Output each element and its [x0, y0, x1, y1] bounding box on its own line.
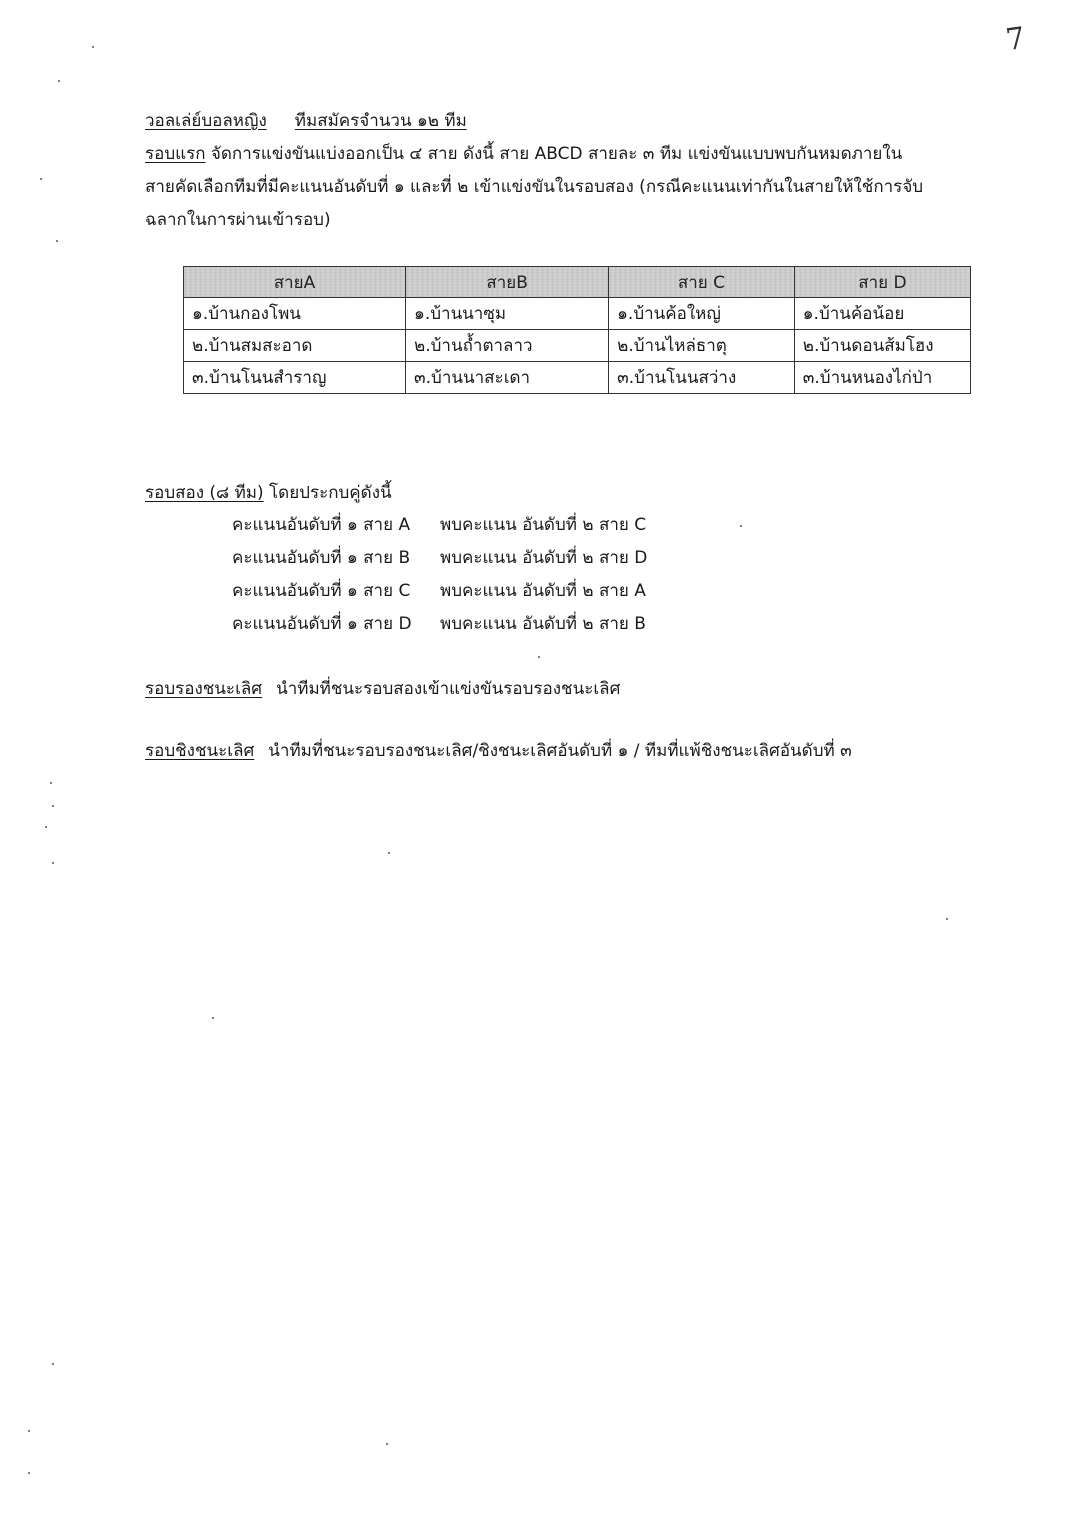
scan-speck: [740, 525, 742, 527]
table-header-row: สายA สายB สาย C สาย D: [184, 267, 971, 298]
table-cell: ๑.บ้านค้อน้อย: [794, 298, 970, 330]
pairing-second: พบคะแนน อันดับที่ ๒ สาย C: [440, 515, 646, 535]
scan-speck: [50, 782, 52, 784]
final-label: รอบชิงชนะเลิศ: [145, 741, 254, 761]
final-description: นำทีมที่ชนะรอบรองชนะเลิศ/ชิงชนะเลิศอันดั…: [268, 741, 851, 761]
handwritten-page-number: 7: [1004, 21, 1028, 58]
semifinal-line: รอบรองชนะเลิศนำทีมที่ชนะรอบสองเข้าแข่งขั…: [145, 678, 620, 700]
table-row: ๒.บ้านสมสะอาด ๒.บ้านถ้ำตาลาว ๒.บ้านไหล่ธ…: [184, 330, 971, 362]
table-cell: ๒.บ้านสมสะอาด: [184, 330, 406, 362]
table-cell: ๓.บ้านนาสะเดา: [406, 362, 609, 394]
table-cell: ๑.บ้านค้อใหญ่: [609, 298, 795, 330]
pairing-first: คะแนนอันดับที่ ๑ สาย B: [232, 547, 440, 569]
pairing-first: คะแนนอันดับที่ ๑ สาย C: [232, 580, 440, 602]
semifinal-description: นำทีมที่ชนะรอบสองเข้าแข่งขันรอบรองชนะเลิ…: [276, 679, 620, 699]
round1-line3: ฉลากในการผ่านเข้ารอบ): [145, 209, 331, 231]
pairing-1: คะแนนอันดับที่ ๑ สาย Aพบคะแนน อันดับที่ …: [232, 514, 646, 536]
scan-speck: [92, 46, 94, 48]
pairing-second: พบคะแนน อันดับที่ ๒ สาย B: [440, 614, 646, 634]
pairing-first: คะแนนอันดับที่ ๑ สาย D: [232, 613, 440, 635]
round2-description: โดยประกบคู่ดังนี้: [269, 483, 392, 503]
header-group-b: สายB: [406, 267, 609, 298]
teams-count: ทีมสมัครจำนวน ๑๒ ทีม: [295, 111, 467, 131]
groups-table: สายA สายB สาย C สาย D ๑.บ้านกองโพน ๑.บ้า…: [183, 266, 971, 394]
scan-speck: [28, 1430, 30, 1432]
scan-speck: [388, 852, 390, 854]
round1-label: รอบแรก: [145, 144, 206, 164]
table-row: ๓.บ้านโนนสำราญ ๓.บ้านนาสะเดา ๓.บ้านโนนสว…: [184, 362, 971, 394]
scan-speck: [52, 862, 54, 864]
pairing-3: คะแนนอันดับที่ ๑ สาย Cพบคะแนน อันดับที่ …: [232, 580, 646, 602]
scan-speck: [386, 1443, 388, 1445]
semifinal-label: รอบรองชนะเลิศ: [145, 679, 262, 699]
table-cell: ๒.บ้านไหล่ธาตุ: [609, 330, 795, 362]
header-group-c: สาย C: [609, 267, 795, 298]
round1-line1: รอบแรก จัดการแข่งขันแบ่งออกเป็น ๔ สาย ดั…: [145, 143, 902, 165]
scan-speck: [52, 805, 54, 807]
scan-speck: [56, 240, 58, 242]
pairing-first: คะแนนอันดับที่ ๑ สาย A: [232, 514, 440, 536]
scan-speck: [40, 178, 42, 180]
round2-heading: รอบสอง (๘ ทีม) โดยประกบคู่ดังนี้: [145, 482, 392, 504]
scan-speck: [58, 80, 60, 82]
sport-title: วอลเล่ย์บอลหญิง: [145, 111, 267, 131]
table-cell: ๓.บ้านหนองไก่ป่า: [794, 362, 970, 394]
round1-text-1: จัดการแข่งขันแบ่งออกเป็น ๔ สาย ดังนี้ สา…: [211, 144, 902, 164]
scan-speck: [52, 1363, 54, 1365]
round2-label: รอบสอง (๘ ทีม): [145, 483, 264, 503]
pairing-4: คะแนนอันดับที่ ๑ สาย Dพบคะแนน อันดับที่ …: [232, 613, 646, 635]
scan-speck: [28, 1472, 30, 1474]
pairing-second: พบคะแนน อันดับที่ ๒ สาย A: [440, 581, 646, 601]
header-group-a: สายA: [184, 267, 406, 298]
pairing-2: คะแนนอันดับที่ ๑ สาย Bพบคะแนน อันดับที่ …: [232, 547, 647, 569]
table-cell: ๓.บ้านโนนสว่าง: [609, 362, 795, 394]
header-group-d: สาย D: [794, 267, 970, 298]
table-cell: ๒.บ้านถ้ำตาลาว: [406, 330, 609, 362]
scan-speck: [212, 1017, 214, 1019]
scan-speck: [946, 918, 948, 920]
pairing-second: พบคะแนน อันดับที่ ๒ สาย D: [440, 548, 647, 568]
scan-speck: [538, 656, 540, 658]
table-row: ๑.บ้านกองโพน ๑.บ้านนาซุม ๑.บ้านค้อใหญ่ ๑…: [184, 298, 971, 330]
round1-line2: สายคัดเลือกทีมที่มีคะแนนอันดับที่ ๑ และท…: [145, 176, 923, 198]
scan-speck: [45, 826, 47, 828]
table-cell: ๑.บ้านนาซุม: [406, 298, 609, 330]
table-cell: ๓.บ้านโนนสำราญ: [184, 362, 406, 394]
table-cell: ๑.บ้านกองโพน: [184, 298, 406, 330]
final-line: รอบชิงชนะเลิศนำทีมที่ชนะรอบรองชนะเลิศ/ชิ…: [145, 740, 852, 762]
document-title: วอลเล่ย์บอลหญิงทีมสมัครจำนวน ๑๒ ทีม: [145, 110, 467, 132]
table-cell: ๒.บ้านดอนส้มโฮง: [794, 330, 970, 362]
